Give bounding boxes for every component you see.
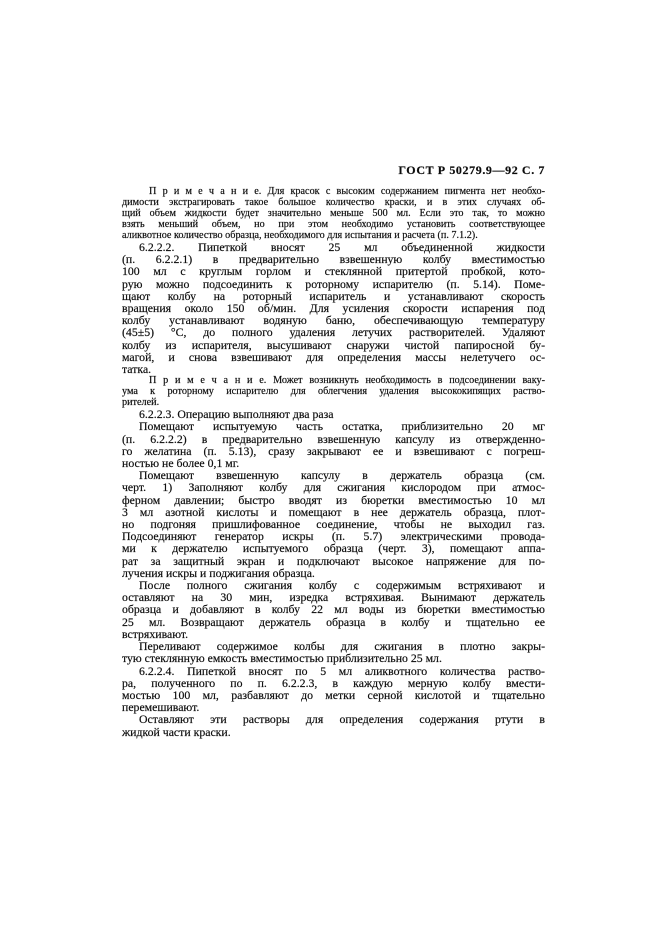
body-paragraph: Помещают взвешенную капсулу в держатель … xyxy=(122,469,545,579)
text-line: (п. 6.2.2.2) в предварительно взвешенную… xyxy=(122,433,545,445)
text-line: 100 мл с круглым горлом и стеклянной при… xyxy=(122,265,545,277)
body-paragraph: 6.2.2.4. Пипеткой вносят по 5 мл аликвот… xyxy=(122,665,545,714)
text-line: П р и м е ч а н и е. Для красок с высоки… xyxy=(122,186,545,197)
body-paragraph: Помещают испытуемую часть остатка, прибл… xyxy=(122,420,545,469)
text-line: образца и добавляют в колбу 22 мл воды и… xyxy=(122,603,545,615)
text-line: взять меньший объем, но при этом необход… xyxy=(122,219,545,230)
text-line: 6.2.2.4. Пипеткой вносят по 5 мл аликвот… xyxy=(122,665,545,677)
body-paragraph: 6.2.2.2. Пипеткой вносят 25 мл объединен… xyxy=(122,241,545,375)
text-line: жидкой части краски. xyxy=(122,726,545,738)
text-line: магой, и снова взвешивают для определени… xyxy=(122,351,545,363)
document-content: П р и м е ч а н и е. Для красок с высоки… xyxy=(122,186,545,738)
text-line: (45±5) °С, до полного удаления летучих р… xyxy=(122,326,545,338)
text-line: П р и м е ч а н и е. Может возникнуть не… xyxy=(122,375,545,386)
text-line: колбу из испарителя, высушивают снаружи … xyxy=(122,339,545,351)
body-paragraph: Переливают содержимое колбы для сжигания… xyxy=(122,640,545,664)
text-line: рую можно подсоединить к роторному испар… xyxy=(122,278,545,290)
text-line: Помещают испытуемую часть остатка, прибл… xyxy=(122,420,545,432)
text-line: щий объем жидкости будет значительно мен… xyxy=(122,208,545,219)
body-paragraph: Оставляют эти растворы для определения с… xyxy=(122,713,545,737)
body-paragraph: После полного сжигания колбу с содержимы… xyxy=(122,579,545,640)
note-paragraph: П р и м е ч а н и е. Для красок с высоки… xyxy=(122,186,545,241)
text-line: Оставляют эти растворы для определения с… xyxy=(122,713,545,725)
note-paragraph: П р и м е ч а н и е. Может возникнуть не… xyxy=(122,375,545,408)
document-page: ГОСТ Р 50279.9—92 С. 7 П р и м е ч а н и… xyxy=(0,0,661,935)
text-line: ми к держателю испытуемого образца (черт… xyxy=(122,542,545,554)
text-line: тую стеклянную емкость вместимостью приб… xyxy=(122,652,545,664)
text-line: черт. 1) Заполняют колбу для сжигания ки… xyxy=(122,481,545,493)
text-line: татка. xyxy=(122,363,545,375)
running-head: ГОСТ Р 50279.9—92 С. 7 xyxy=(122,163,545,178)
text-line: димости экстрагировать такое большое кол… xyxy=(122,197,545,208)
text-line: ума к роторному испарителю для облегчени… xyxy=(122,386,545,397)
